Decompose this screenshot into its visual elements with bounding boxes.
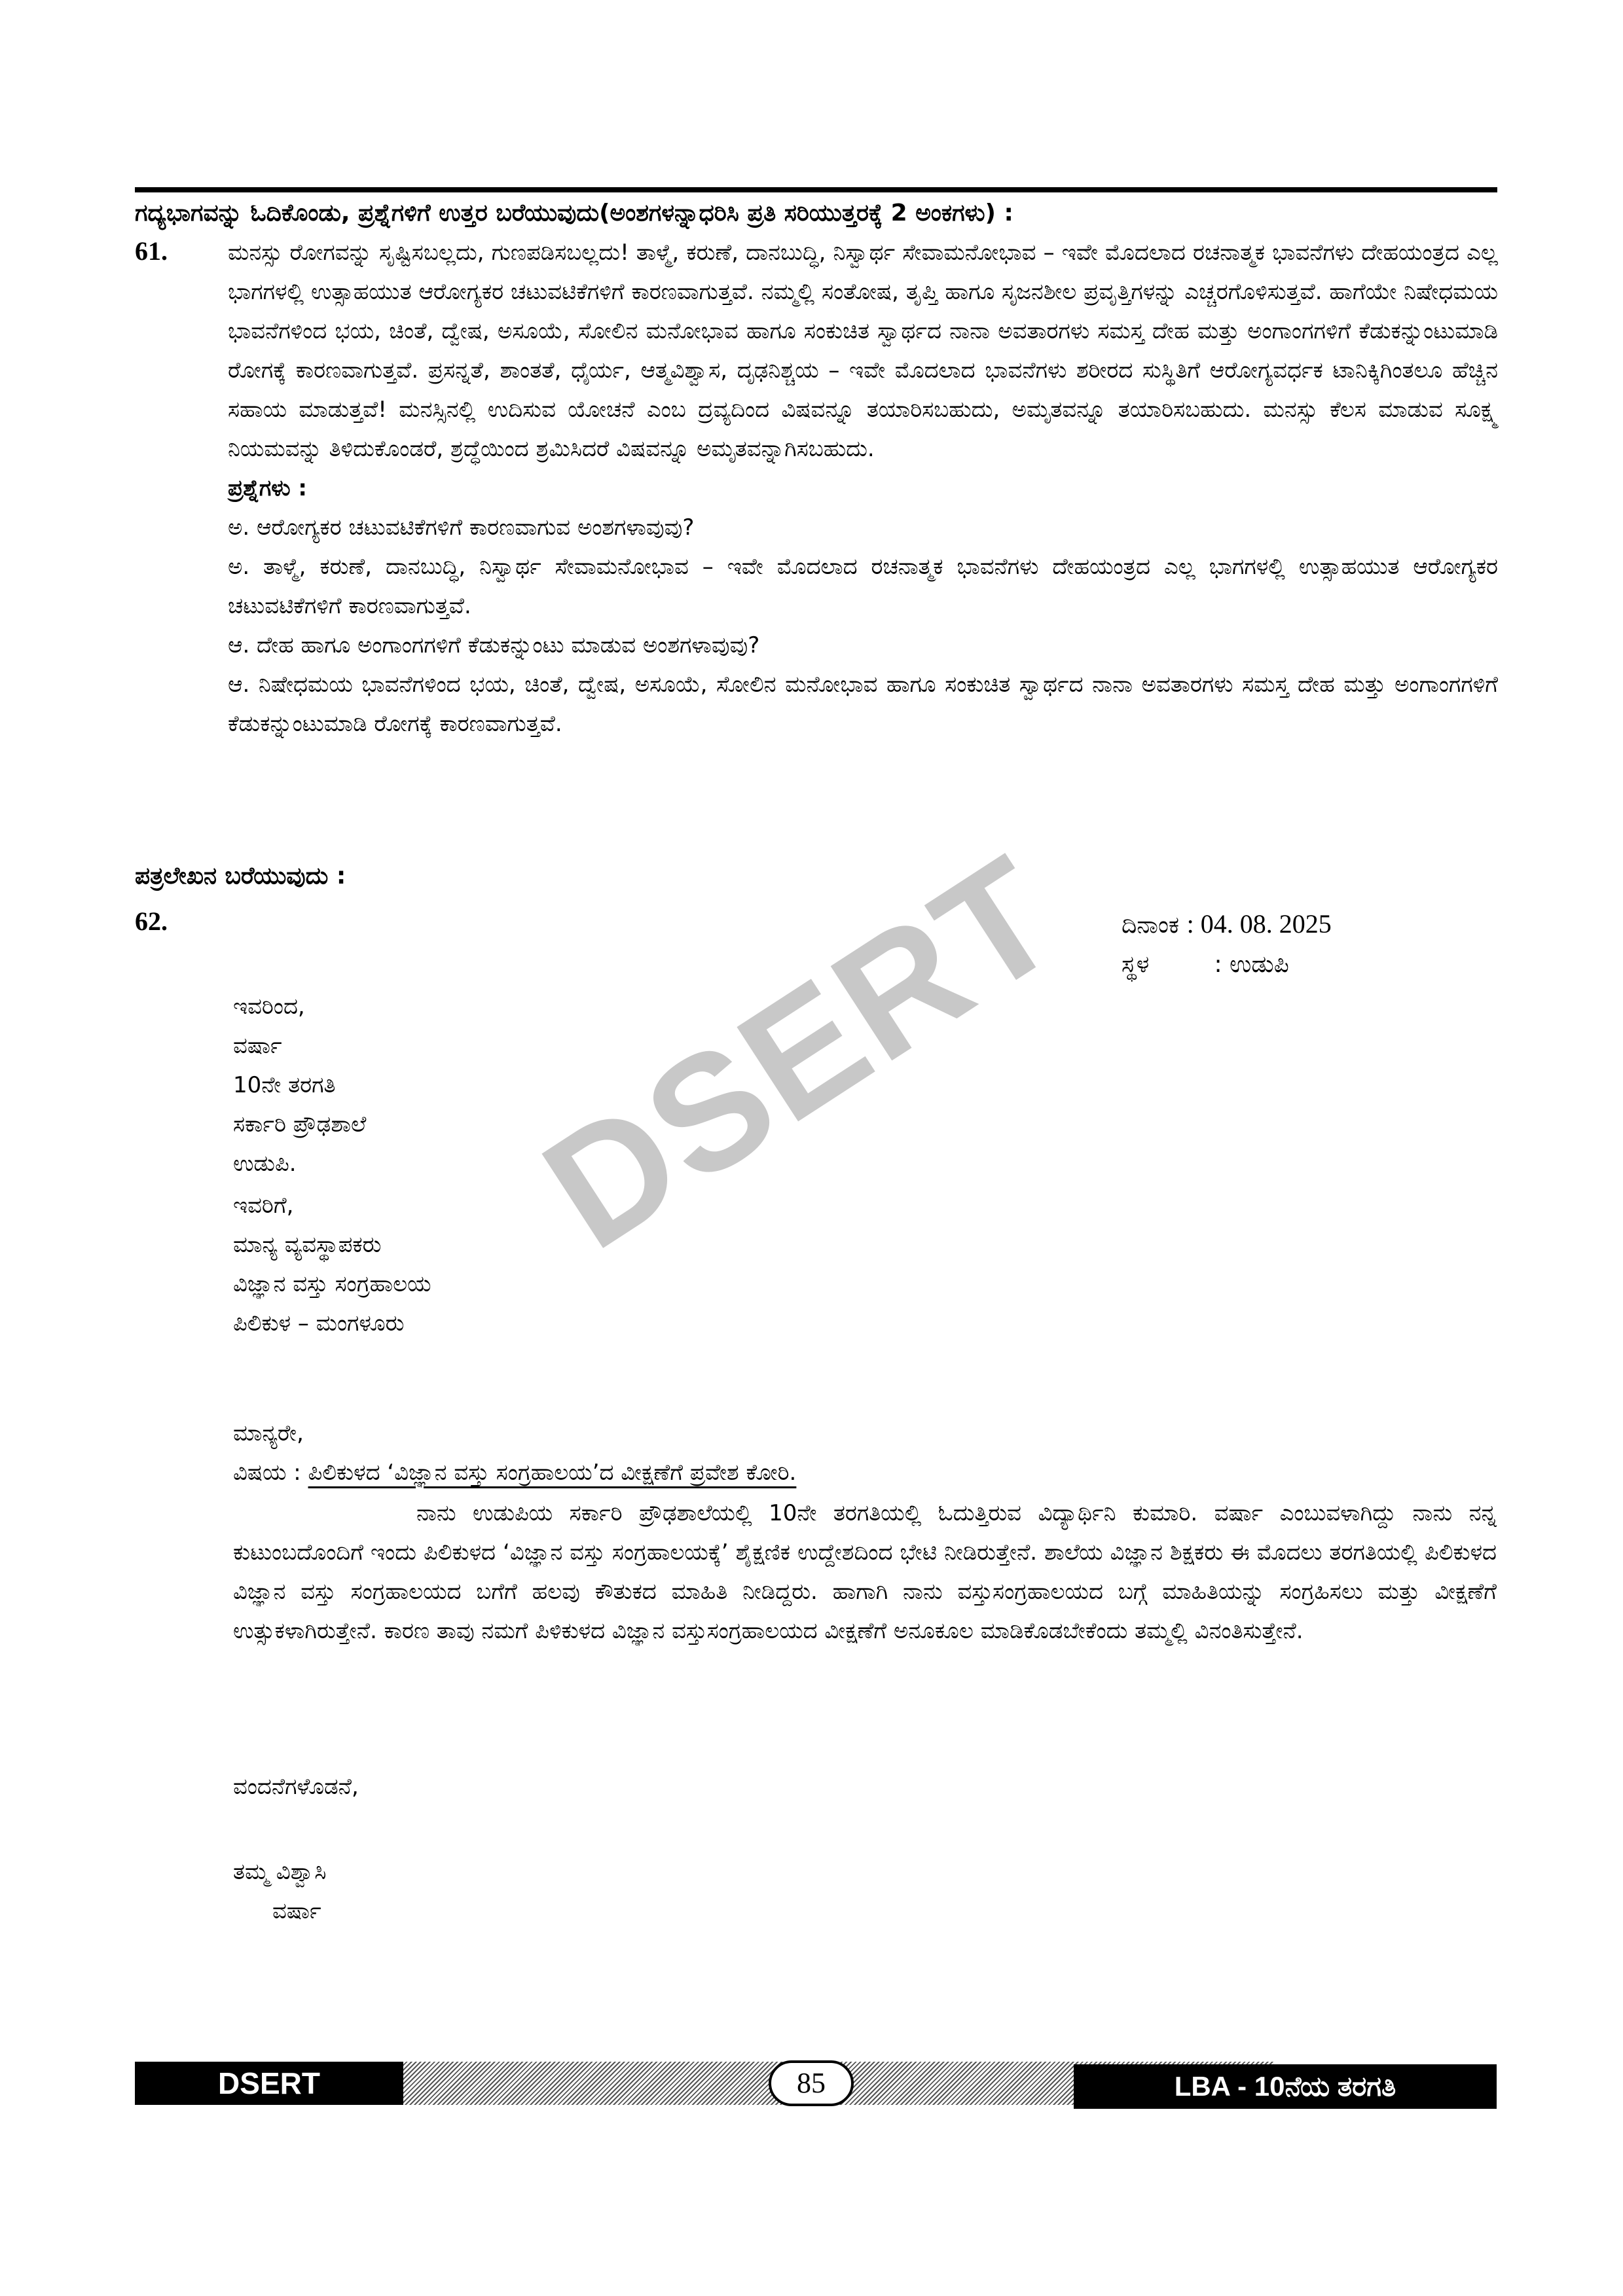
question-number-61: 61. bbox=[135, 236, 168, 266]
salutation: ಮಾನ್ಯರೇ, bbox=[233, 1414, 796, 1453]
date-label: ದಿನಾಂಕ bbox=[1122, 912, 1179, 939]
section1-instruction: ಗದ್ಯಭಾಗವನ್ನು ಓದಿಕೊಂಡು, ಪ್ರಶ್ನೆಗಳಿಗೆ ಉತ್ತ… bbox=[135, 194, 1013, 233]
closing: ವಂದನೆಗಳೊಡನೆ, bbox=[233, 1767, 359, 1806]
page-footer: DSERT 85 LBA - 10ನೆಯ ತರಗತಿ bbox=[135, 2062, 1497, 2109]
subject-label: ವಿಷಯ : bbox=[233, 1460, 301, 1486]
answer-b: ಆ. ನಿಷೇಧಮಯ ಭಾವನೆಗಳಿಂದ ಭಯ, ಚಿಂತೆ, ದ್ವೇಷ, … bbox=[228, 665, 1498, 744]
footer-publisher: DSERT bbox=[135, 2062, 403, 2105]
closing-text: ವಂದನೆಗಳೊಡನೆ, bbox=[233, 1767, 359, 1806]
place-value: : ಉಡುಪಿ bbox=[1214, 951, 1288, 978]
signoff-text: ತಮ್ಮ ವಿಶ್ವಾಸಿ bbox=[233, 1852, 327, 1892]
signature: ವರ್ಷಾ bbox=[233, 1892, 327, 1931]
passage-text: ಮನಸ್ಸು ರೋಗವನ್ನು ಸೃಷ್ಟಿಸಬಲ್ಲದು, ಗುಣಪಡಿಸಬಲ… bbox=[228, 233, 1498, 469]
top-rule-divider bbox=[135, 187, 1497, 192]
questions-heading: ಪ್ರಶ್ನೆಗಳು : bbox=[228, 469, 1498, 508]
recipient-line: ಪಿಲಿಕುಳ – ಮಂಗಳೂರು bbox=[233, 1304, 431, 1343]
sender-line: 10ನೇ ತರಗತಿ bbox=[233, 1066, 366, 1105]
recipient-line: ವಿಜ್ಞಾನ ವಸ್ತು ಸಂಗ್ರಹಾಲಯ bbox=[233, 1265, 431, 1304]
salutation-subject: ಮಾನ್ಯರೇ, ವಿಷಯ : ಪಿಲಿಕುಳದ ‘ವಿಜ್ಞಾನ ವಸ್ತು … bbox=[233, 1414, 796, 1492]
sender-line: ಉಡುಪಿ. bbox=[233, 1144, 366, 1183]
sender-line: ವರ್ಷಾ bbox=[233, 1026, 366, 1066]
sender-heading: ಇವರಿಂದ, bbox=[233, 987, 366, 1026]
answer-a: ಅ. ತಾಳ್ಮೆ, ಕರುಣೆ, ದಾನಬುದ್ಧಿ, ನಿಸ್ವಾರ್ಥ ಸ… bbox=[228, 547, 1498, 626]
date-value: : 04. 08. 2025 bbox=[1187, 909, 1332, 939]
place-row: ಸ್ಥಳ : ಉಡುಪಿ bbox=[1122, 945, 1332, 984]
page-number: 85 bbox=[769, 2060, 854, 2106]
reading-passage: ಮನಸ್ಸು ರೋಗವನ್ನು ಸೃಷ್ಟಿಸಬಲ್ಲದು, ಗುಣಪಡಿಸಬಲ… bbox=[228, 233, 1498, 744]
signoff: ತಮ್ಮ ವಿಶ್ವಾಸಿ ವರ್ಷಾ bbox=[233, 1852, 327, 1931]
question-a: ಅ. ಆರೋಗ್ಯಕರ ಚಟುವಟಿಕೆಗಳಿಗೆ ಕಾರಣವಾಗುವ ಅಂಶಗ… bbox=[228, 508, 1498, 547]
date-row: ದಿನಾಂಕ : 04. 08. 2025 bbox=[1122, 905, 1332, 945]
question-b: ಆ. ದೇಹ ಹಾಗೂ ಅಂಗಾಂಗಗಳಿಗೆ ಕೆಡುಕನ್ನುಂಟು ಮಾಡ… bbox=[228, 626, 1498, 665]
letter-body: ನಾನು ಉಡುಪಿಯ ಸರ್ಕಾರಿ ಪ್ರೌಢಶಾಲೆಯಲ್ಲಿ 10ನೇ … bbox=[233, 1494, 1497, 1651]
question-number-62: 62. bbox=[135, 906, 168, 937]
footer-class-label: LBA - 10ನೆಯ ತರಗತಿ bbox=[1074, 2064, 1497, 2109]
recipient-address: ಇವರಿಗೆ, ಮಾನ್ಯ ವ್ಯವಸ್ಥಾಪಕರು ವಿಜ್ಞಾನ ವಸ್ತು… bbox=[233, 1186, 431, 1343]
recipient-heading: ಇವರಿಗೆ, bbox=[233, 1186, 431, 1225]
watermark: DSERT bbox=[512, 819, 1091, 1285]
document-page: ಗದ್ಯಭಾಗವನ್ನು ಓದಿಕೊಂಡು, ಪ್ರಶ್ನೆಗಳಿಗೆ ಉತ್ತ… bbox=[0, 0, 1623, 2296]
recipient-line: ಮಾನ್ಯ ವ್ಯವಸ್ಥಾಪಕರು bbox=[233, 1225, 431, 1265]
subject-text: ಪಿಲಿಕುಳದ ‘ವಿಜ್ಞಾನ ವಸ್ತು ಸಂಗ್ರಹಾಲಯ’ದ ವೀಕ್… bbox=[308, 1460, 797, 1486]
date-place-block: ದಿನಾಂಕ : 04. 08. 2025 ಸ್ಥಳ : ಉಡುಪಿ bbox=[1122, 905, 1332, 984]
sender-address: ಇವರಿಂದ, ವರ್ಷಾ 10ನೇ ತರಗತಿ ಸರ್ಕಾರಿ ಪ್ರೌಢಶಾ… bbox=[233, 987, 366, 1183]
sender-line: ಸರ್ಕಾರಿ ಪ್ರೌಢಶಾಲೆ bbox=[233, 1105, 366, 1144]
subject-line: ವಿಷಯ : ಪಿಲಿಕುಳದ ‘ವಿಜ್ಞಾನ ವಸ್ತು ಸಂಗ್ರಹಾಲಯ… bbox=[233, 1453, 796, 1492]
section2-title: ಪತ್ರಲೇಖನ ಬರೆಯುವುದು : bbox=[135, 863, 346, 890]
place-label: ಸ್ಥಳ bbox=[1122, 945, 1207, 984]
